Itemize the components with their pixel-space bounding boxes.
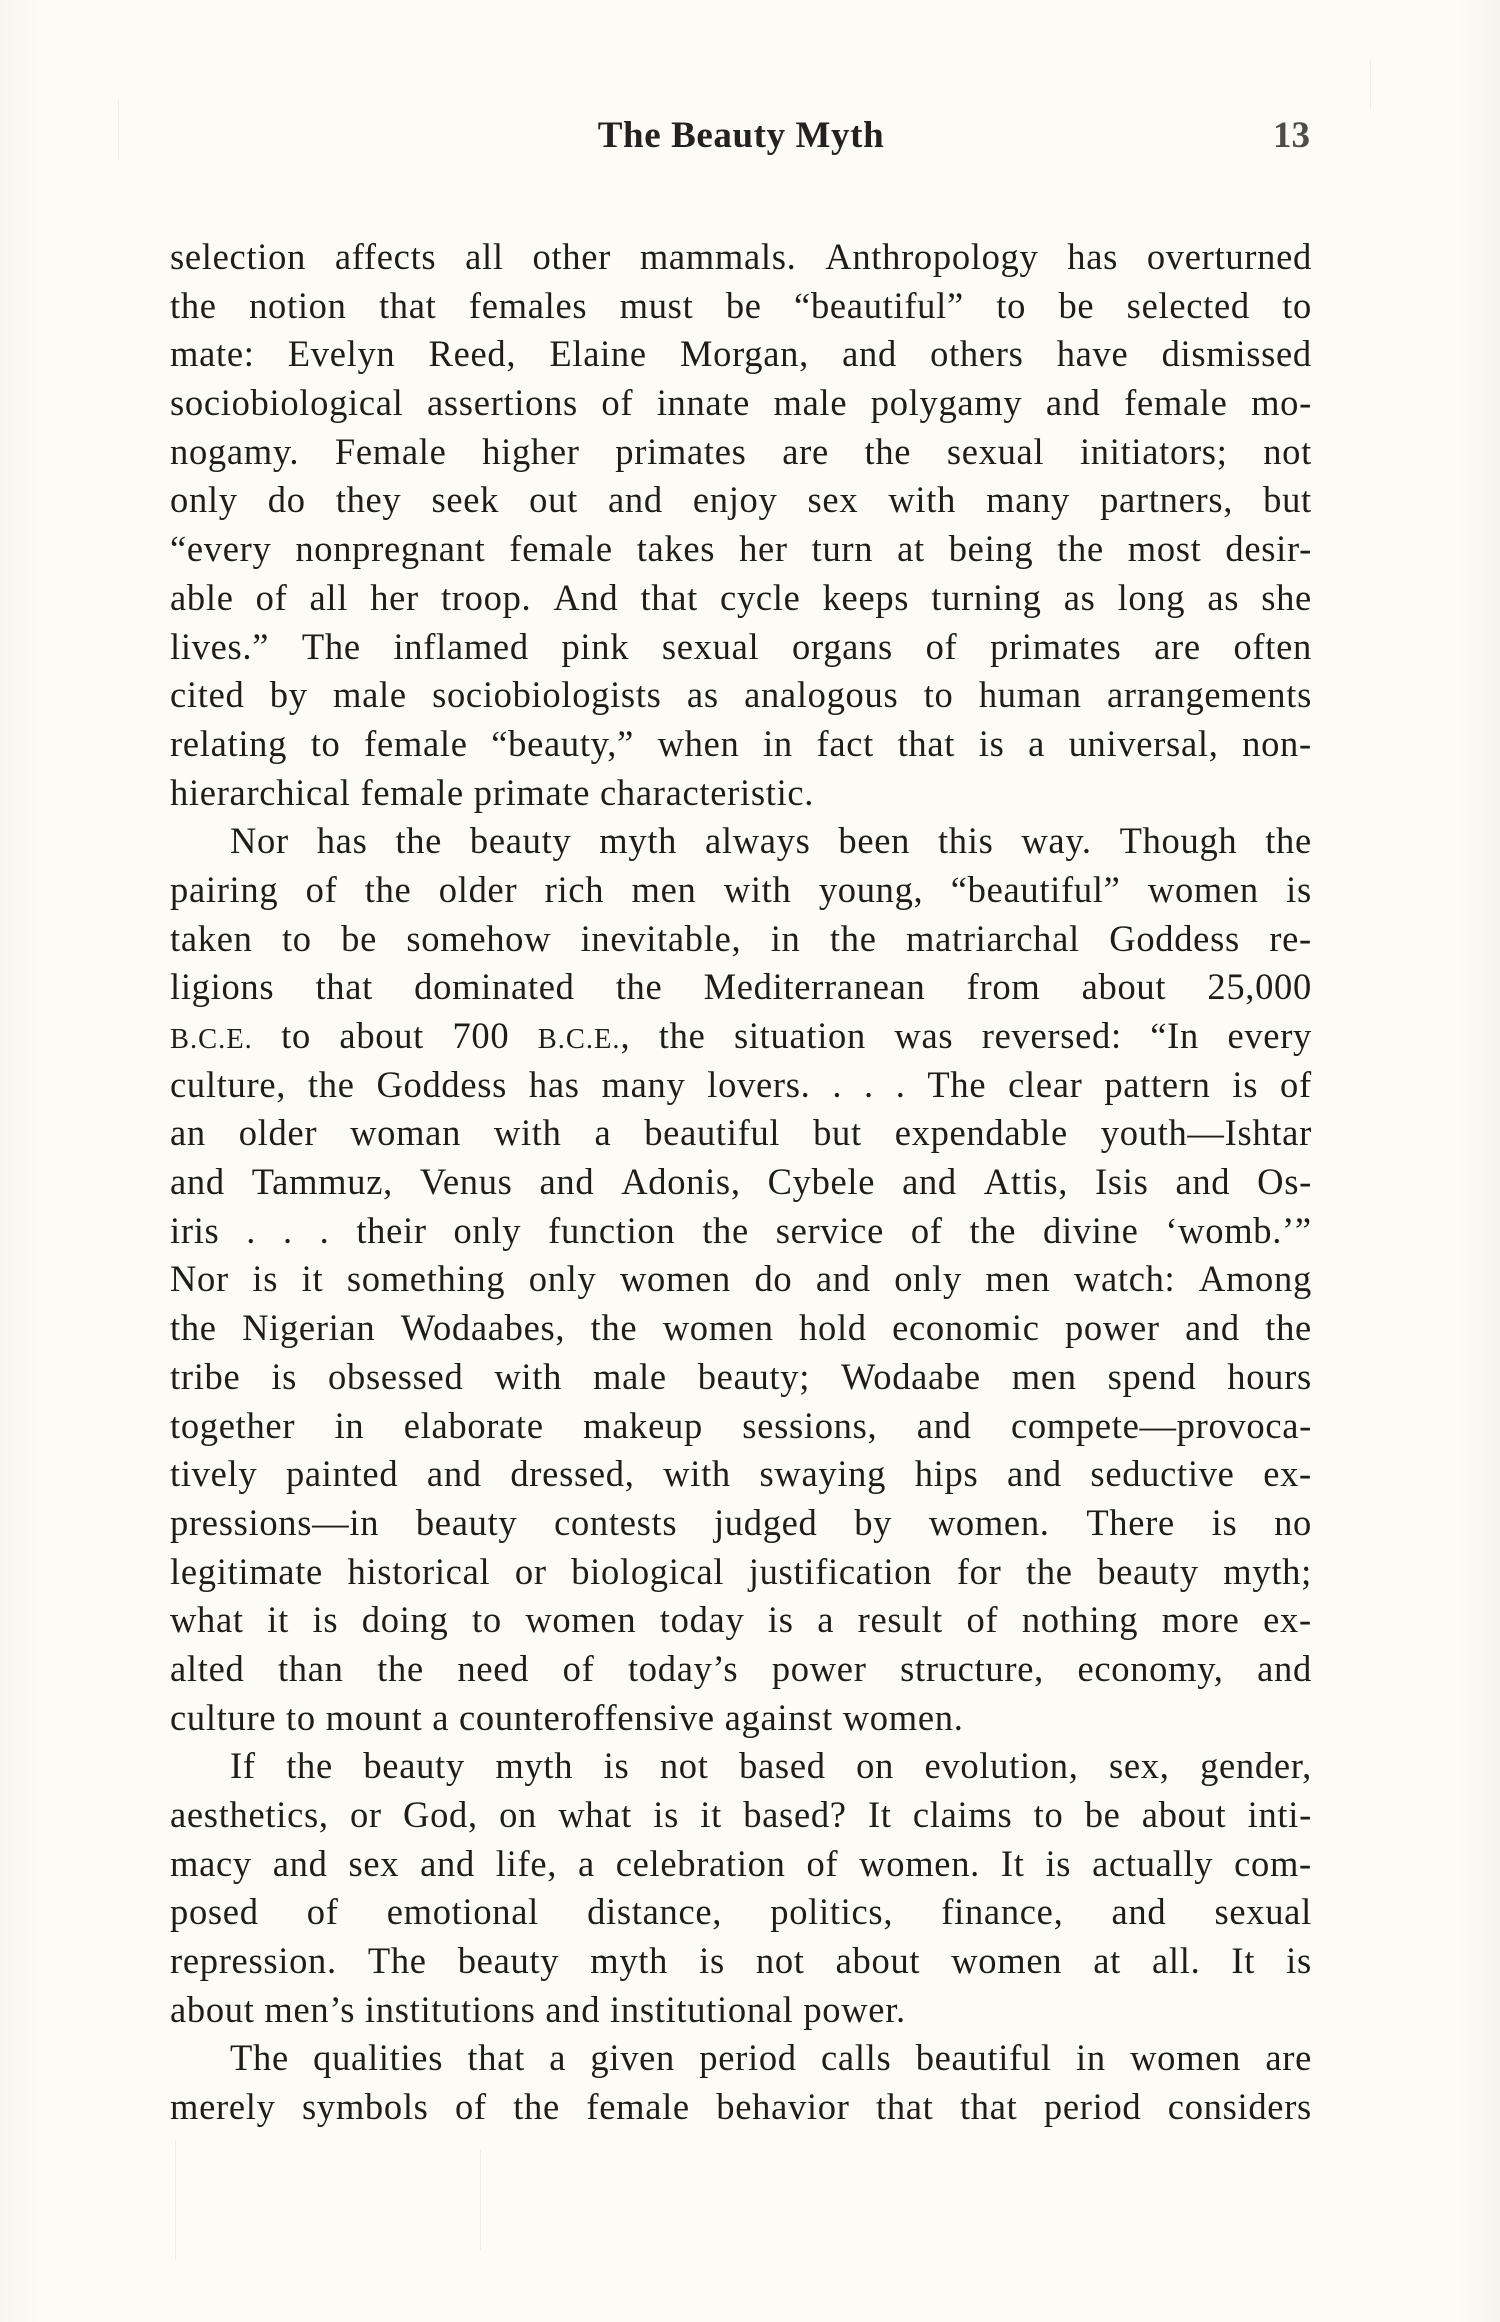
text-line: nogamy.Femalehigherprimatesarethesexuali… — [170, 428, 1312, 477]
paragraph-last-line: hierarchical female primate characterist… — [170, 769, 1312, 818]
word: service — [776, 1207, 884, 1256]
word: clear — [1008, 1061, 1082, 1110]
word: than — [278, 1645, 344, 1694]
word: the — [170, 282, 217, 331]
word: expendable — [895, 1109, 1068, 1158]
word: are — [1154, 623, 1201, 672]
text-line: iris...theironlyfunctiontheserviceofthed… — [170, 1207, 1312, 1256]
text-line: tivelypaintedanddressed,withswayinghipsa… — [170, 1450, 1312, 1499]
word: been — [838, 817, 910, 866]
word: beauty — [416, 1499, 518, 1548]
word: The — [230, 2034, 289, 2083]
word: in — [763, 720, 793, 769]
word: elaborate — [404, 1402, 544, 1451]
word: . — [283, 1207, 293, 1256]
word: that — [898, 720, 956, 769]
word: Reed, — [429, 330, 517, 379]
word: more — [1162, 1596, 1240, 1645]
word: the — [513, 2083, 560, 2132]
word: sexual — [662, 623, 759, 672]
word: at — [1093, 1937, 1121, 1986]
word: with — [888, 476, 956, 525]
word: lives.” — [170, 623, 269, 672]
word: The — [368, 1937, 427, 1986]
word: and — [816, 1255, 871, 1304]
word: of — [306, 866, 338, 915]
word: . — [864, 1061, 874, 1110]
word: keeps — [823, 574, 910, 623]
word: mate: — [170, 330, 255, 379]
word: female — [586, 2083, 690, 2132]
word: matriarchal — [906, 915, 1080, 964]
word: period — [1044, 2083, 1141, 2132]
word: other — [533, 233, 612, 282]
word: desir- — [1225, 525, 1312, 574]
word: seductive — [1090, 1450, 1234, 1499]
word: “every — [170, 525, 271, 574]
word: tribe — [170, 1353, 240, 1402]
word: and — [427, 1450, 482, 1499]
word: gender, — [1200, 1742, 1312, 1791]
word: is — [271, 1353, 297, 1402]
word: to — [472, 1596, 502, 1645]
word: swaying — [760, 1450, 887, 1499]
word: Female — [335, 428, 447, 477]
text-line: macyandsexandlife,acelebrationofwomen.It… — [170, 1840, 1312, 1889]
word: relating — [170, 720, 287, 769]
word: and — [1185, 1304, 1240, 1353]
word: do — [754, 1255, 792, 1304]
word: and — [170, 1158, 225, 1207]
word: at — [897, 525, 925, 574]
word: and — [1175, 1158, 1230, 1207]
word: not — [1263, 428, 1312, 477]
word: not — [660, 1742, 709, 1791]
word: something — [347, 1255, 505, 1304]
word: but — [1263, 476, 1312, 525]
paragraph-last-line: about men’s institutions and institution… — [170, 1986, 1312, 2035]
word: takes — [637, 525, 716, 574]
word: notion — [249, 282, 346, 331]
word: a — [1028, 720, 1045, 769]
word: when — [658, 720, 740, 769]
word: women. — [859, 1840, 980, 1889]
word: considers — [1168, 2083, 1312, 2132]
word: the — [1265, 1304, 1312, 1353]
word: non- — [1242, 720, 1312, 769]
word: men — [1012, 1353, 1077, 1402]
word: selection — [170, 233, 306, 282]
word: pink — [561, 623, 629, 672]
word: youth—Ishtar — [1101, 1109, 1312, 1158]
word: is — [1232, 1061, 1258, 1110]
word: that — [467, 2034, 525, 2083]
word: women — [951, 1937, 1062, 1986]
word: woman — [350, 1109, 461, 1158]
word: Cybele — [768, 1158, 876, 1207]
word: structure, — [900, 1645, 1044, 1694]
word: a — [578, 1840, 595, 1889]
word: older — [439, 866, 518, 915]
text-line: anolderwomanwithabeautifulbutexpendabley… — [170, 1109, 1312, 1158]
text-line: aesthetics,orGod,onwhatisitbased?Itclaim… — [170, 1791, 1312, 1840]
word: hold — [799, 1304, 867, 1353]
word: the — [702, 1207, 749, 1256]
word: economy, — [1077, 1645, 1223, 1694]
word: It — [1001, 1840, 1025, 1889]
word: assertions — [427, 379, 578, 428]
word: pressions—in — [170, 1499, 379, 1548]
word: emotional — [387, 1888, 539, 1937]
word: beauty — [458, 1937, 560, 1986]
word: in — [1076, 2034, 1106, 2083]
word: is — [1212, 1499, 1238, 1548]
word: There — [1086, 1499, 1175, 1548]
word: need — [457, 1645, 529, 1694]
word: to — [1034, 1791, 1064, 1840]
word: most — [1128, 525, 1202, 574]
word: historical — [348, 1548, 491, 1597]
word: and — [1112, 1888, 1167, 1937]
word: women — [620, 1255, 731, 1304]
word: only — [454, 1207, 522, 1256]
word: innate — [657, 379, 750, 428]
word: the — [616, 963, 663, 1012]
word: on — [499, 1791, 537, 1840]
text-line: ableofallhertroop.Andthatcyclekeepsturni… — [170, 574, 1312, 623]
word: beautiful — [916, 2034, 1052, 2083]
word: today’s — [628, 1645, 738, 1694]
word: with — [494, 1353, 562, 1402]
word: every — [1227, 1012, 1312, 1061]
word: iris — [170, 1207, 219, 1256]
word: initiators; — [1080, 428, 1228, 477]
word: primates — [615, 428, 746, 477]
word: many — [986, 476, 1070, 525]
word: way. — [1021, 817, 1091, 866]
word: painted — [286, 1450, 398, 1499]
word: universal, — [1069, 720, 1219, 769]
word: in — [771, 915, 801, 964]
word: behavior — [716, 2083, 849, 2132]
word: Goddess — [376, 1061, 507, 1110]
word: pattern — [1104, 1061, 1210, 1110]
word: the — [659, 1012, 706, 1061]
word: is — [252, 1255, 278, 1304]
word: “beauty,” — [491, 720, 634, 769]
word: by — [854, 1499, 892, 1548]
word: Adonis, — [621, 1158, 740, 1207]
word: re- — [1269, 915, 1312, 964]
word: with — [494, 1109, 562, 1158]
text-line: selectionaffectsallothermammals.Anthropo… — [170, 233, 1312, 282]
word: of — [806, 1840, 838, 1889]
word: the — [1026, 1548, 1073, 1597]
word: to — [281, 1012, 311, 1061]
word: cycle — [720, 574, 801, 623]
text-line: altedthantheneedoftoday’spowerstructure,… — [170, 1645, 1312, 1694]
word: politics, — [770, 1888, 893, 1937]
word: God, — [403, 1791, 478, 1840]
word: no — [1274, 1499, 1312, 1548]
word: is — [699, 1937, 725, 1986]
word: females — [469, 282, 587, 331]
word: are — [782, 428, 829, 477]
word: as — [687, 671, 719, 720]
word: Evelyn — [288, 330, 396, 379]
word: by — [270, 671, 308, 720]
word: with — [663, 1450, 731, 1499]
running-title: The Beauty Myth — [170, 112, 1312, 160]
word: male — [333, 671, 407, 720]
word: of — [307, 1888, 339, 1937]
word: distance, — [587, 1888, 722, 1937]
scan-artifact — [118, 100, 119, 160]
word: somehow — [406, 915, 551, 964]
word: it — [267, 1596, 289, 1645]
word: pairing — [170, 866, 278, 915]
text-line: Norisitsomethingonlywomendoandonlymenwat… — [170, 1255, 1312, 1304]
running-head: The Beauty Myth 13 — [170, 112, 1312, 160]
word: have — [1057, 330, 1129, 379]
word: male — [774, 379, 848, 428]
word: doing — [362, 1596, 449, 1645]
word: is — [604, 1742, 630, 1791]
word: spend — [1108, 1353, 1197, 1402]
text-line: thenotionthatfemalesmustbe“beautiful”tob… — [170, 282, 1312, 331]
word: beauty — [470, 817, 572, 866]
word: finance, — [941, 1888, 1063, 1937]
word: the — [170, 1304, 217, 1353]
word: a — [549, 2034, 566, 2083]
word: sociobiologists — [432, 671, 662, 720]
book-page: The Beauty Myth 13 selectionaffectsallot… — [0, 0, 1500, 2322]
word: It — [1231, 1937, 1255, 1986]
word: myth — [495, 1742, 573, 1791]
scan-artifact — [1370, 60, 1371, 110]
word: all. — [1152, 1937, 1200, 1986]
word: and — [902, 1158, 957, 1207]
word: must — [620, 282, 694, 331]
word: to — [1282, 282, 1312, 331]
word: the — [377, 1645, 424, 1694]
word: actually — [1092, 1840, 1213, 1889]
word: her — [370, 574, 419, 623]
word: young, — [819, 866, 924, 915]
text-line: legitimatehistoricalorbiologicaljustific… — [170, 1548, 1312, 1597]
scan-artifact — [480, 2150, 481, 2250]
word: to — [996, 282, 1026, 331]
word: mammals. — [640, 233, 797, 282]
word: women — [1148, 866, 1259, 915]
word: and — [273, 1840, 328, 1889]
word: about — [836, 1937, 921, 1986]
word: troop. — [441, 574, 531, 623]
word: hips — [915, 1450, 979, 1499]
word: dressed, — [510, 1450, 634, 1499]
word: Attis, — [984, 1158, 1068, 1207]
word: myth — [590, 1937, 668, 1986]
word: the — [395, 817, 442, 866]
word: And — [553, 574, 618, 623]
text-line: takentobesomehowinevitable,inthematriarc… — [170, 915, 1312, 964]
word: the — [1265, 817, 1312, 866]
word: Os- — [1257, 1158, 1312, 1207]
word: of — [455, 2083, 487, 2132]
word: biological — [571, 1548, 724, 1597]
word: legitimate — [170, 1548, 323, 1597]
word: of — [926, 623, 958, 672]
text-line: ligionsthatdominatedtheMediterraneanfrom… — [170, 963, 1312, 1012]
word: was — [894, 1012, 953, 1061]
word: beauty; — [698, 1353, 810, 1402]
word: sexual — [947, 428, 1044, 477]
word: and — [842, 330, 897, 379]
word: function — [548, 1207, 675, 1256]
word: life, — [496, 1840, 557, 1889]
word: today — [660, 1596, 745, 1645]
body-text: selectionaffectsallothermammals.Anthropo… — [170, 233, 1312, 2132]
word: Nor — [230, 817, 289, 866]
word: many — [602, 1061, 686, 1110]
word: that — [315, 963, 373, 1012]
word: or — [350, 1791, 382, 1840]
word: evolution, — [925, 1742, 1079, 1791]
paragraph-last-line: culture to mount a counteroffensive agai… — [170, 1694, 1312, 1743]
word: that — [379, 282, 437, 331]
word: selected — [1127, 282, 1250, 331]
word: celebration — [616, 1840, 786, 1889]
word: others — [930, 330, 1023, 379]
text-line: posedofemotionaldistance,politics,financ… — [170, 1888, 1312, 1937]
word: . — [246, 1207, 256, 1256]
word: that — [640, 574, 698, 623]
word: given — [590, 2034, 675, 2083]
word: and — [420, 1840, 475, 1889]
word: for — [957, 1548, 1002, 1597]
paragraph-first-line: Norhasthebeautymythalwaysbeenthisway.Tho… — [170, 817, 1312, 866]
word: reversed: — [982, 1012, 1122, 1061]
word: myth — [599, 817, 677, 866]
text-line: relatingtofemale“beauty,”wheninfactthati… — [170, 720, 1312, 769]
word: Nor — [170, 1255, 229, 1304]
word: “In — [1150, 1012, 1199, 1061]
word: women. — [929, 1499, 1050, 1548]
word: and — [1257, 1645, 1312, 1694]
word: it — [302, 1255, 324, 1304]
word: of — [1280, 1061, 1312, 1110]
word: power — [772, 1645, 867, 1694]
word: merely — [170, 2083, 276, 2132]
word: the — [286, 1742, 333, 1791]
word: hours — [1227, 1353, 1312, 1402]
word: being — [949, 525, 1034, 574]
word: is — [1286, 866, 1312, 915]
word: be — [1058, 282, 1094, 331]
word: a — [594, 1109, 611, 1158]
text-line: B.C.E.toabout700B.C.E.,thesituationwasre… — [170, 1012, 1312, 1061]
word: ‘womb.’” — [1165, 1207, 1312, 1256]
word: power — [1065, 1304, 1160, 1353]
word: com- — [1234, 1840, 1312, 1889]
word: and — [539, 1158, 594, 1207]
word: to — [311, 720, 341, 769]
word: beauty — [1097, 1548, 1199, 1597]
word: . — [320, 1207, 330, 1256]
word: ex- — [1263, 1596, 1312, 1645]
word: based? — [743, 1791, 847, 1840]
word: watch: — [1074, 1255, 1176, 1304]
text-line: togetherinelaboratemakeupsessions,andcom… — [170, 1402, 1312, 1451]
word: It — [868, 1791, 892, 1840]
word: higher — [482, 428, 579, 477]
word: B.C.E. — [170, 1012, 253, 1061]
word: about — [1142, 1791, 1227, 1840]
word: seek — [431, 476, 499, 525]
word: turning — [931, 574, 1041, 623]
word: the — [865, 428, 912, 477]
word: The — [302, 623, 361, 672]
word: her — [739, 525, 788, 574]
word: aesthetics, — [170, 1791, 329, 1840]
word: in — [335, 1402, 365, 1451]
word: be — [726, 282, 762, 331]
word: women — [525, 1596, 636, 1645]
word: of — [563, 1645, 595, 1694]
word: dismissed — [1162, 330, 1312, 379]
text-line: onlydotheyseekoutandenjoysexwithmanypart… — [170, 476, 1312, 525]
word: posed — [170, 1888, 259, 1937]
word: partners, — [1100, 476, 1233, 525]
word: but — [813, 1109, 862, 1158]
paragraph-first-line: Thequalitiesthatagivenperiodcallsbeautif… — [170, 2034, 1312, 2083]
word: older — [239, 1109, 318, 1158]
word: only — [529, 1255, 597, 1304]
word: makeup — [583, 1402, 703, 1451]
word: do — [268, 476, 306, 525]
paragraph-first-line: Ifthebeautymythisnotbasedonevolution,sex… — [170, 1742, 1312, 1791]
word: Among — [1199, 1255, 1312, 1304]
word: as — [1207, 574, 1239, 623]
word: be — [341, 915, 377, 964]
word: “beautiful” — [951, 866, 1121, 915]
word: has — [529, 1061, 580, 1110]
word: nogamy. — [170, 428, 299, 477]
text-line: andTammuz,VenusandAdonis,CybeleandAttis,… — [170, 1158, 1312, 1207]
word: all — [465, 233, 504, 282]
word: they — [336, 476, 402, 525]
word: analogous — [744, 671, 898, 720]
word: human — [979, 671, 1082, 720]
word: out — [529, 476, 578, 525]
text-line: pairingoftheolderrichmenwithyoung,“beaut… — [170, 866, 1312, 915]
word: overturned — [1147, 233, 1312, 282]
word: the — [1057, 525, 1104, 574]
word: sociobiological — [170, 379, 404, 428]
word: is — [313, 1596, 339, 1645]
text-line: “everynonpregnantfemaletakesherturnatbei… — [170, 525, 1312, 574]
word: economic — [892, 1304, 1039, 1353]
text-line: citedbymalesociobiologistsasanalogoustoh… — [170, 671, 1312, 720]
word: affects — [335, 233, 437, 282]
word: arrangements — [1107, 671, 1312, 720]
word: their — [356, 1207, 426, 1256]
word: taken — [170, 915, 253, 964]
word: only — [170, 476, 238, 525]
word: rich — [545, 866, 605, 915]
word: judged — [714, 1499, 818, 1548]
word: repression. — [170, 1937, 337, 1986]
